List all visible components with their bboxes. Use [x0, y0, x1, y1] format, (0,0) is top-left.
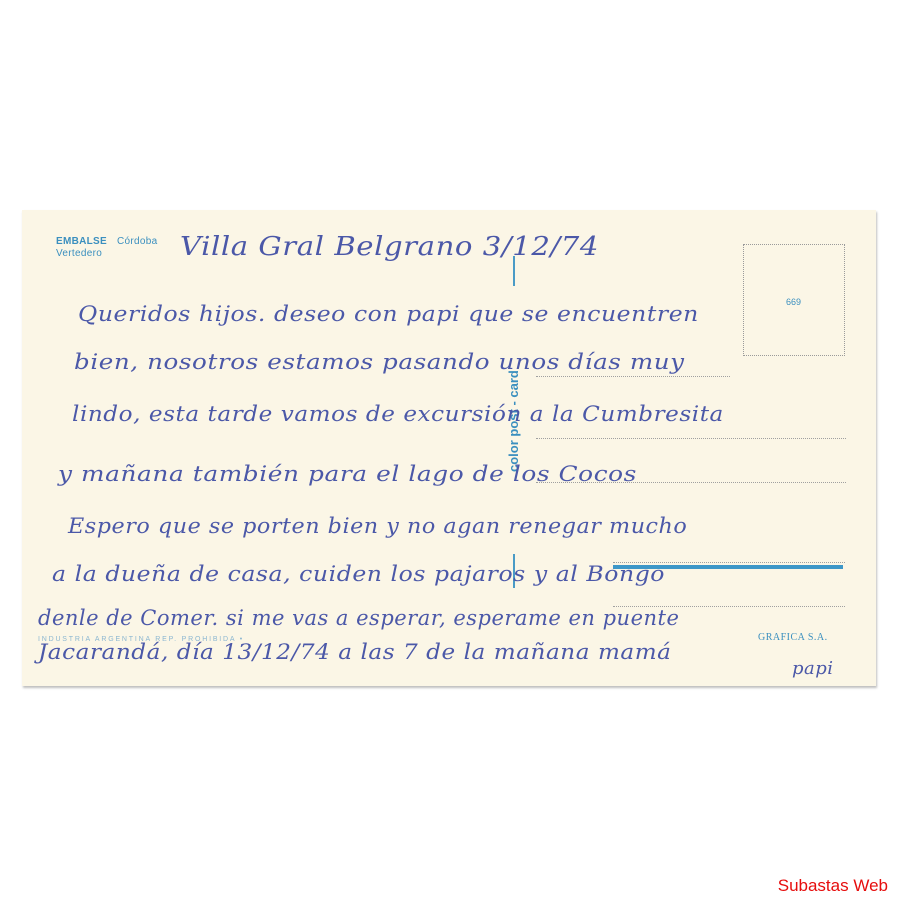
handwritten-line-2: bien, nosotros estamos pasando unos días… [74, 350, 685, 374]
handwritten-line-4: y mañana también para el lago de los Coc… [58, 462, 637, 486]
stamp-box: 669 [743, 244, 845, 356]
handwritten-line-5: Espero que se porten bien y no agan rene… [68, 514, 687, 538]
caption-title: EMBALSE [56, 236, 107, 247]
postcard-back: EMBALSECórdoba Vertedero 669 color post … [22, 210, 876, 686]
caption-place: Córdoba [117, 236, 157, 247]
caption-subtitle: Vertedero [56, 248, 102, 259]
handwritten-line-6: a la dueña de casa, cuiden los pajaros y… [52, 562, 665, 586]
photo-caption: EMBALSECórdoba [56, 236, 157, 247]
watermark: Subastas Web [778, 876, 888, 896]
handwritten-line-3: lindo, esta tarde vamos de excursión a l… [72, 402, 724, 426]
handwritten-heading: Villa Gral Belgrano 3/12/74 [180, 232, 599, 262]
printer-mark: GRAFICA S.A. [758, 632, 828, 643]
handwritten-signature: papi [792, 658, 834, 679]
handwritten-line-1: Queridos hijos. deseo con papi que se en… [78, 302, 699, 326]
address-line-1 [536, 376, 730, 377]
handwritten-line-8: Jacarandá, día 13/12/74 a las 7 de la ma… [38, 640, 671, 664]
handwritten-line-7: denle de Comer. si me vas a esperar, esp… [38, 606, 679, 630]
address-line-2 [536, 438, 846, 439]
stamp-box-number: 669 [786, 297, 801, 307]
